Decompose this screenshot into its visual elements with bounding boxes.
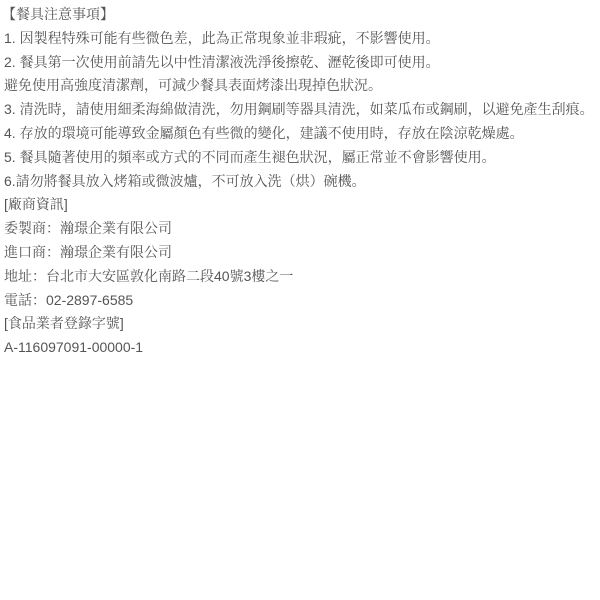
notice-item-6: 6.請勿將餐具放入烤箱或微波爐，不可放入洗（烘）碗機。: [4, 170, 600, 194]
manufacturer-phone: 電話：02-2897-6585: [4, 289, 600, 313]
registration-heading: [食品業者登錄字號]: [4, 312, 600, 336]
notice-item-3: 3. 清洗時，請使用細柔海綿做清洗，勿用鋼刷等器具清洗，如菜瓜布或鋼刷，以避免產…: [4, 98, 600, 122]
notice-item-2-continued: 避免使用高強度清潔劑，可減少餐具表面烤漆出現掉色狀況。: [4, 74, 600, 98]
manufacturer-commissioned-by: 委製商：瀚璟企業有限公司: [4, 217, 600, 241]
manufacturer-address: 地址：台北市大安區敦化南路二段40號3樓之一: [4, 265, 600, 289]
manufacturer-heading: [廠商資訊]: [4, 193, 600, 217]
notice-item-4: 4. 存放的環境可能導致金屬顏色有些微的變化，建議不使用時，存放在陰涼乾燥處。: [4, 122, 600, 146]
notice-item-5: 5. 餐具隨著使用的頻率或方式的不同而產生褪色狀況，屬正常並不會影響使用。: [4, 146, 600, 170]
product-notice-document: 【餐具注意事項】 1. 因製程特殊可能有些微色差，此為正常現象並非瑕疵，不影響使…: [4, 3, 600, 360]
manufacturer-importer: 進口商：瀚璟企業有限公司: [4, 241, 600, 265]
registration-number: A-116097091-00000-1: [4, 336, 600, 360]
notice-heading: 【餐具注意事項】: [2, 3, 600, 27]
notice-item-1: 1. 因製程特殊可能有些微色差，此為正常現象並非瑕疵，不影響使用。: [4, 27, 600, 51]
notice-item-2: 2. 餐具第一次使用前請先以中性清潔液洗淨後擦乾、瀝乾後即可使用。: [4, 51, 600, 75]
